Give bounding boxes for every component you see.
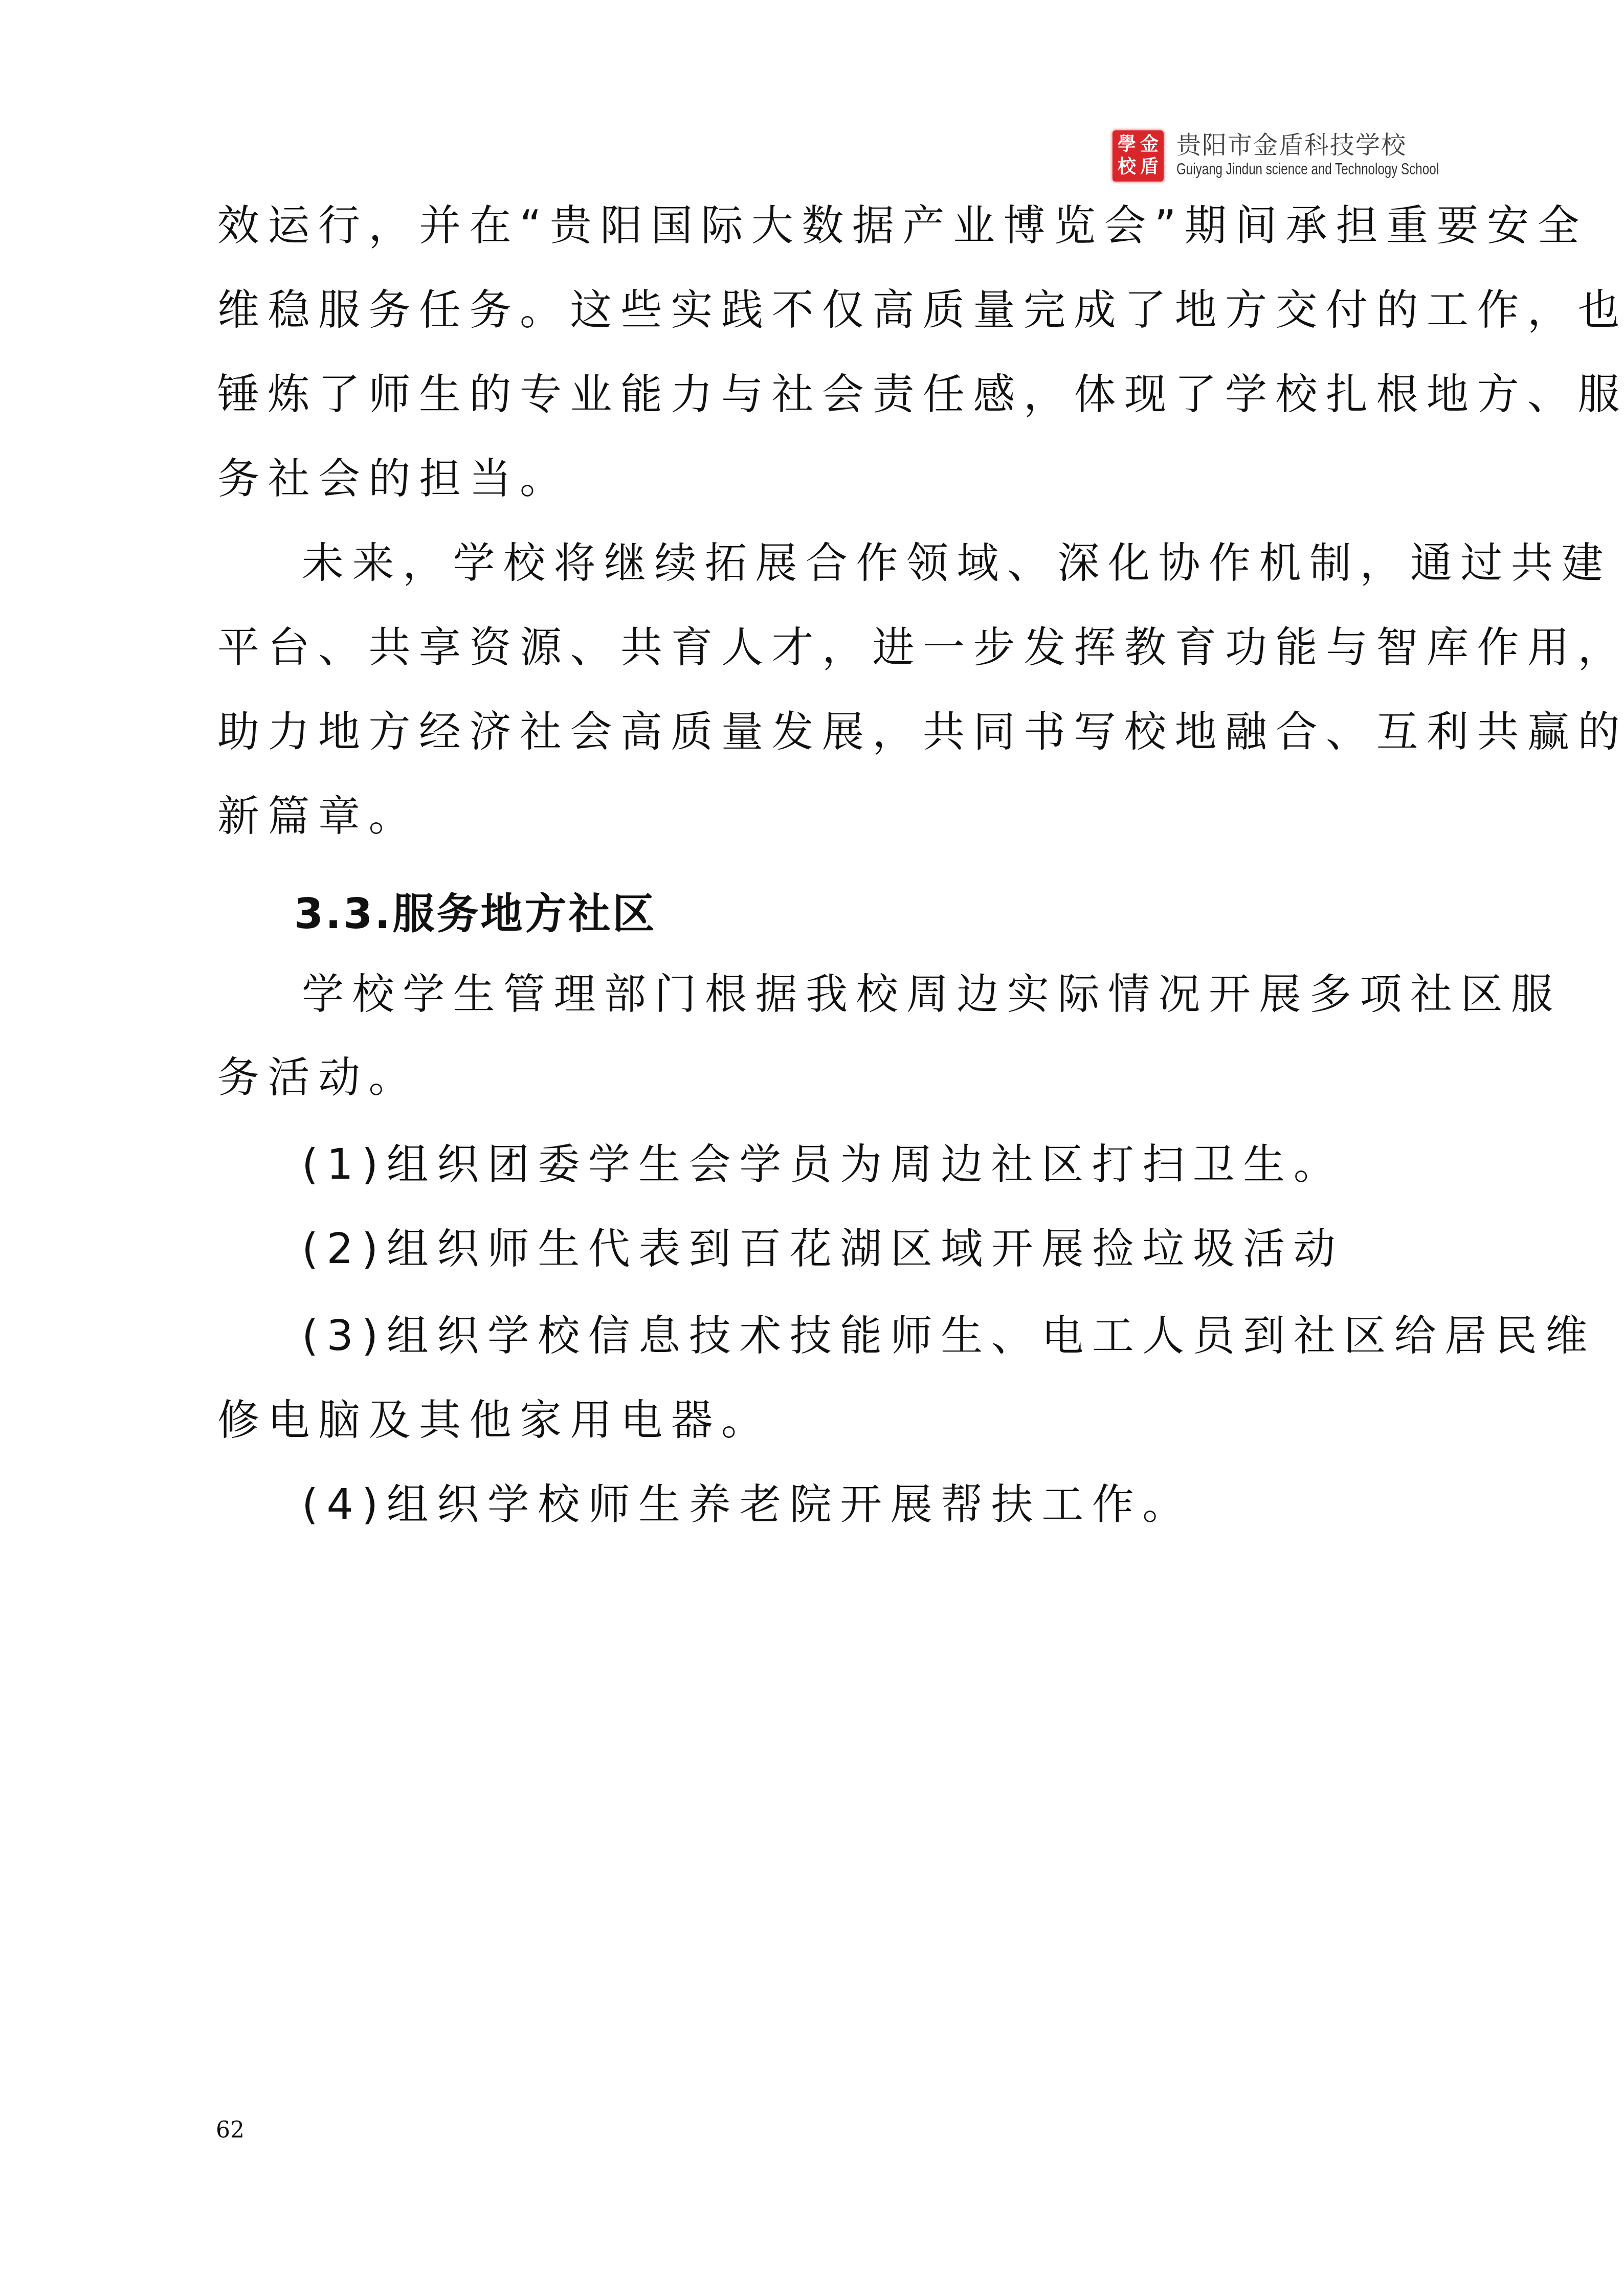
paragraph-line: 务活动。 xyxy=(217,1052,419,1104)
paragraph-line: 助力地方经济社会高质量发展，共同书写校地融合、互利共赢的 xyxy=(217,707,1624,758)
list-item: (1)组织团委学生会学员为周边社区打扫卫生。 xyxy=(302,1139,1344,1190)
school-seal-logo-icon: 學 金 校 盾 xyxy=(1113,130,1164,182)
list-item: (2)组织师生代表到百花湖区域开展捡垃圾活动 xyxy=(302,1224,1344,1275)
paragraph-line: 维稳服务任务。这些实践不仅高质量完成了地方交付的工作，也 xyxy=(217,285,1624,336)
paragraph-line: 效运行，并在“贵阳国际大数据产业博览会”期间承担重要安全 xyxy=(217,200,1588,252)
list-item: (3)组织学校信息技术技能师生、电工人员到社区给居民维 xyxy=(302,1311,1596,1362)
paragraph-line: 锤炼了师生的专业能力与社会责任感，体现了学校扎根地方、服 xyxy=(217,369,1624,420)
page-header: 學 金 校 盾 贵阳市金盾科技学校 Guiyang Jindun science… xyxy=(1113,125,1440,187)
seal-char: 校 xyxy=(1116,156,1138,178)
paragraph-line: 平台、共享资源、共育人才，进一步发挥教育功能与智库作用， xyxy=(217,622,1624,673)
paragraph-line: 新篇章。 xyxy=(217,791,419,842)
paragraph-line: 未来，学校将继续拓展合作领域、深化协作机制，通过共建 xyxy=(302,538,1612,589)
list-item-continuation: 修电脑及其他家用电器。 xyxy=(217,1395,772,1446)
section-heading: 3.3.服务地方社区 xyxy=(294,889,656,940)
paragraph-line: 学校学生管理部门根据我校周边实际情况开展多项社区服 xyxy=(302,969,1562,1020)
seal-char: 盾 xyxy=(1138,156,1161,178)
list-item: (4)组织学校师生养老院开展帮扶工作。 xyxy=(302,1479,1193,1530)
page-number: 62 xyxy=(216,2117,244,2143)
seal-char: 金 xyxy=(1138,133,1161,156)
school-name-chinese: 贵阳市金盾科技学校 xyxy=(1176,125,1407,161)
school-name-english: Guiyang Jindun science and Technology Sc… xyxy=(1176,160,1439,178)
paragraph-line: 务社会的担当。 xyxy=(217,454,570,505)
seal-char: 學 xyxy=(1116,133,1138,156)
